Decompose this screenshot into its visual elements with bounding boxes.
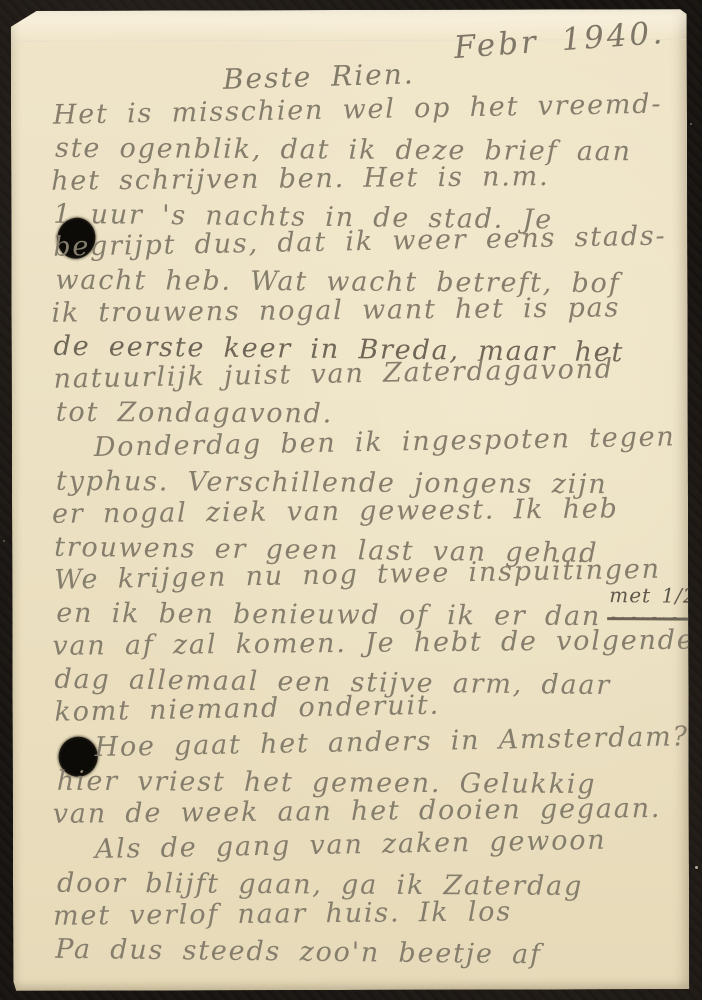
paragraph-1: Het is misschien wel op het vreemd- ste … — [53, 97, 676, 429]
paragraph-4: Als de gang van zaken gewoon door blijft… — [55, 832, 677, 966]
scan-background: Febr 1940. Beste Rien. Het is misschien … — [0, 0, 702, 1000]
letter-line: het schrijven ben. Het is n.m. — [51, 159, 675, 198]
paragraph-3: Hoe gaat het anders in Amsterdam? hier v… — [55, 730, 677, 831]
letter-line: er nogal ziek van geweest. Ik heb — [52, 492, 676, 531]
letter-line: Het is misschien wel op het vreemd- — [53, 87, 676, 131]
paragraph-2: Donderdag ben ik ingespoten tegen typhus… — [54, 430, 677, 729]
letter-body: Het is misschien wel op het vreemd- ste … — [53, 97, 677, 969]
letter-paper: Febr 1940. Beste Rien. Het is misschien … — [11, 9, 690, 991]
inserted-text-above: met 1/20 — [609, 579, 702, 613]
dust-speck — [3, 540, 5, 542]
dust-speck — [695, 866, 698, 869]
letter-line: ik trouwens nogal want het is pas — [51, 291, 675, 330]
letter-line: van af zal komen. Je hebt de volgende — [52, 624, 676, 663]
letter-salutation: Beste Rien. — [222, 57, 415, 96]
letter-line: met verlof naar huis. Ik los — [53, 894, 677, 933]
dust-speck — [690, 123, 692, 125]
letter-line: Pa dus steeds zoo'n beetje af — [55, 933, 677, 973]
